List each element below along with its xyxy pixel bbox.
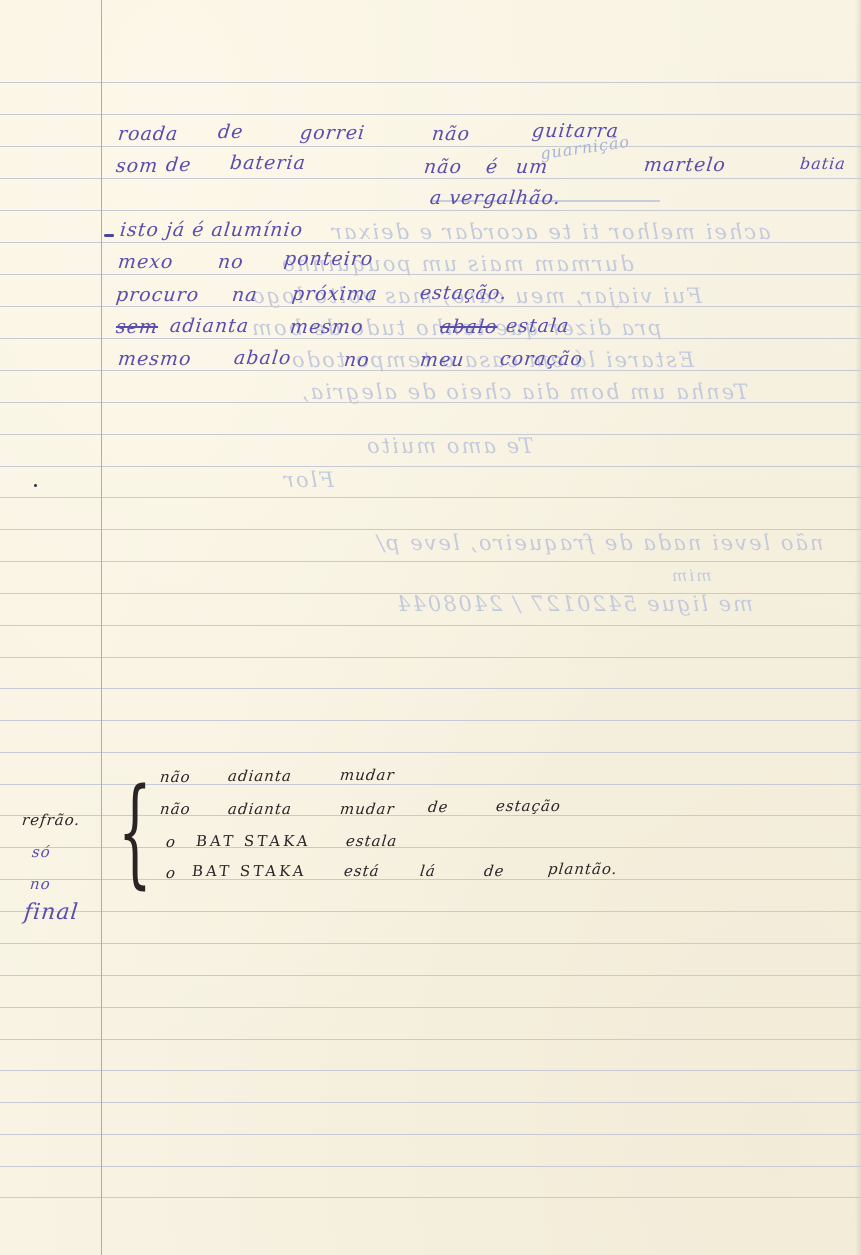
rule-line	[0, 720, 861, 721]
bleed-line: achei melhor ti te acordar e deixar	[330, 222, 771, 243]
lyric-word: na	[231, 286, 259, 305]
chorus-word: estala	[345, 834, 398, 849]
struck-word: sem	[115, 318, 159, 337]
rule-line	[0, 466, 861, 467]
page-edge-shadow	[855, 0, 861, 1255]
bleed-line: mim	[670, 568, 711, 584]
chorus-word: o	[165, 866, 177, 881]
ink-dot	[34, 484, 37, 487]
lyric-word: próxima	[291, 285, 379, 304]
dash-mark	[104, 234, 114, 237]
lyric-word: som	[115, 157, 159, 176]
rule-line	[0, 561, 861, 562]
margin-label-refrao: refrão.	[21, 813, 81, 828]
lyric-word: mesmo	[117, 350, 192, 369]
lyric-word: batia	[799, 156, 847, 172]
lyric-word: bateria	[229, 154, 307, 173]
lyric-word: adianta	[169, 317, 250, 336]
chorus-word: está	[343, 864, 380, 879]
rule-line	[0, 688, 861, 689]
chorus-word: plantão.	[547, 862, 618, 877]
chorus-word: o	[165, 835, 177, 850]
lyric-word: não	[423, 158, 463, 177]
lyric-word: de	[217, 123, 244, 142]
lyric-word: ponteiro	[283, 250, 374, 269]
rule-line	[0, 1166, 861, 1167]
rule-line	[0, 943, 861, 944]
lyric-word: procuro	[115, 286, 200, 305]
chorus-word: não	[159, 770, 191, 785]
lyric-word: abalo	[233, 349, 292, 368]
struck-word: abalo	[439, 318, 498, 337]
rule-line	[0, 1197, 861, 1198]
rule-line	[0, 82, 861, 83]
chorus-word: estação	[495, 799, 561, 814]
chorus-word: mudar	[339, 768, 395, 783]
bleed-line: Tenha um bom dia cheio de alegria,	[300, 382, 749, 403]
curly-brace: {	[118, 772, 152, 890]
margin-note: no	[29, 877, 51, 892]
bleed-line: me ligue 5420127 / 2408044	[395, 594, 753, 615]
chorus-word: não	[159, 802, 191, 817]
rule-line	[0, 210, 861, 211]
bleed-line: Te amo muito	[365, 436, 533, 457]
rule-line	[0, 1039, 861, 1040]
lyric-word: roada	[117, 125, 179, 144]
rule-line	[0, 752, 861, 753]
margin-note: só	[31, 845, 51, 860]
lyric-word: no	[217, 253, 245, 272]
lyric-word: estação.	[419, 284, 508, 303]
chorus-word: adianta	[227, 802, 292, 817]
lyric-line: a vergalhão.	[429, 189, 562, 208]
rule-line	[0, 1070, 861, 1071]
rule-line	[0, 114, 861, 115]
margin-note: final	[23, 902, 80, 924]
chorus-word: de	[483, 864, 505, 879]
lyric-word: mexo	[117, 253, 174, 272]
rule-line	[0, 657, 861, 658]
lyric-word: coração	[499, 350, 584, 369]
chorus-word: BAT STAKA	[195, 834, 311, 849]
rule-line	[0, 1134, 861, 1135]
chorus-word: lá	[419, 864, 436, 879]
lyric-word: meu	[419, 351, 465, 370]
lyric-word: é	[485, 158, 499, 177]
rule-line	[0, 911, 861, 912]
lyric-word: mesmo	[289, 318, 364, 337]
lyric-word: estala	[505, 317, 570, 336]
chorus-word: de	[427, 800, 449, 815]
lyric-line: isto já é alumínio	[119, 221, 304, 240]
lyric-word: de	[165, 156, 192, 175]
rule-line	[0, 146, 861, 147]
lyric-word: não	[431, 125, 471, 144]
rule-line	[0, 625, 861, 626]
rule-line	[0, 497, 861, 498]
lyric-word: martelo	[643, 156, 727, 175]
chorus-word: adianta	[227, 769, 292, 784]
red-margin-line	[101, 0, 102, 1255]
bleed-line: Flor	[282, 470, 334, 491]
rule-line	[0, 1102, 861, 1103]
chorus-word: mudar	[339, 802, 395, 817]
lyric-word: no	[343, 351, 371, 370]
rule-line	[0, 529, 861, 530]
bleed-line: não levei nada de fraqueiro, leve p/	[375, 533, 824, 554]
rule-line	[0, 975, 861, 976]
rule-line	[0, 1007, 861, 1008]
lyric-word: gorrei	[299, 124, 366, 143]
chorus-word: BAT STAKA	[191, 864, 307, 879]
rule-line	[0, 178, 861, 179]
